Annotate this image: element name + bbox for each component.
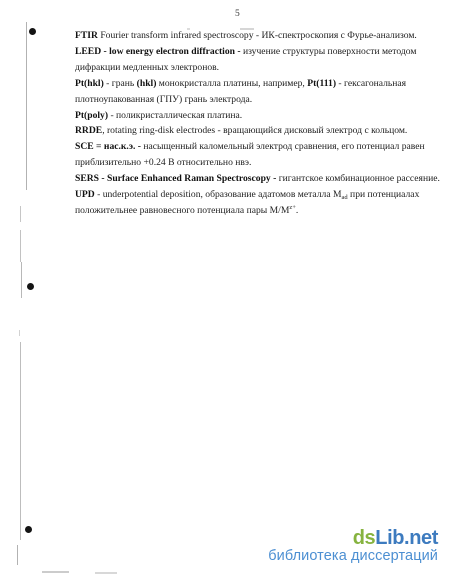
dslib-logo: dsLib.net	[268, 529, 438, 548]
abbreviation-list: FTIR Fourier transform infrared spectros…	[75, 28, 447, 219]
logo-prefix: ds	[353, 527, 376, 549]
fold-line-artifact	[21, 262, 22, 298]
ink-dot-artifact	[25, 526, 32, 533]
abbreviation-entry: SERS - Surface Enhanced Raman Spectrosco…	[75, 171, 447, 187]
abbreviation-entry: Pt(hkl) - грань (hkl) монокристалла плат…	[75, 76, 447, 108]
fold-line-artifact	[26, 22, 27, 190]
scan-smudge	[95, 572, 117, 574]
fold-line-artifact	[19, 330, 20, 336]
watermark-subtitle: библиотека диссертаций	[268, 548, 438, 564]
fold-line-artifact	[20, 230, 21, 262]
abbreviation-entry: RRDE, rotating ring-disk electrodes - вр…	[75, 123, 447, 139]
logo-suffix: Lib.net	[375, 527, 438, 549]
fold-line-artifact	[17, 545, 18, 565]
document-page: 5 FTIR Fourier transform infrared spectr…	[0, 0, 450, 578]
ink-dot-artifact	[27, 283, 34, 290]
page-number: 5	[235, 9, 240, 19]
abbreviation-entry: UPD - underpotential deposition, образов…	[75, 187, 447, 219]
fold-line-artifact	[20, 206, 21, 222]
abbreviation-entry: FTIR Fourier transform infrared spectros…	[75, 28, 447, 44]
scan-smudge	[42, 571, 69, 573]
fold-line-artifact	[20, 342, 21, 540]
abbreviation-entry: SCE = нас.к.э. - насыщенный каломельный …	[75, 139, 447, 171]
abbreviation-entry: LEED - low energy electron diffraction -…	[75, 44, 447, 76]
abbreviation-entry: Pt(poly) - поликристаллическая платина.	[75, 108, 447, 124]
dslib-watermark: dsLib.net библиотека диссертаций	[268, 529, 438, 564]
ink-dot-artifact	[29, 28, 36, 35]
